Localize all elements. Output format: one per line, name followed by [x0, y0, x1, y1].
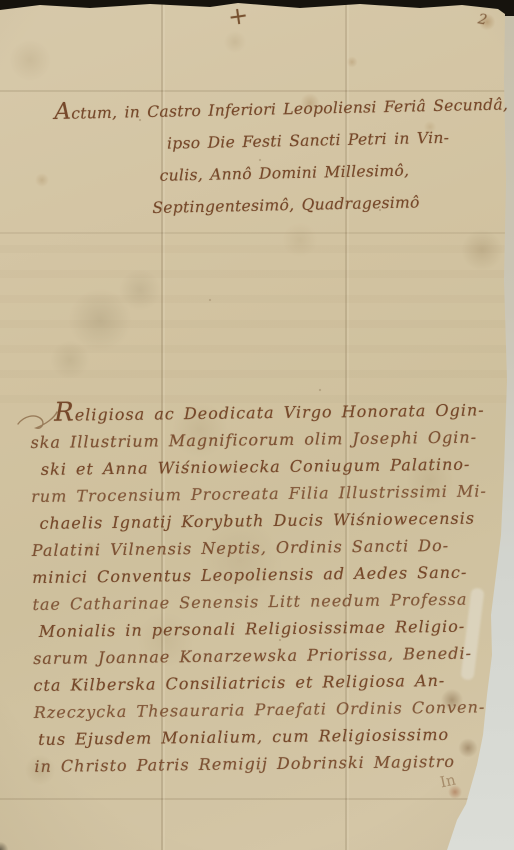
body-line: in Christo Patris Remigij Dobrinski Magi…: [34, 747, 490, 780]
body-line: tae Catharinae Senensis Litt needum Prof…: [32, 585, 488, 618]
cross-mark: +: [226, 1, 250, 32]
document-scan: + 2 Actum, in Castro Inferiori Leopolien…: [0, 0, 514, 850]
catchword: In: [438, 771, 457, 792]
body-line: rum Trocensium Procreata Filia Illustris…: [31, 477, 487, 510]
body-line: Rzeczycka Thesauraria Praefati Ordinis C…: [34, 693, 490, 726]
body-block: Religiosa ac Deodicata Virgo Honorata Og…: [30, 394, 490, 780]
heading-block: Actum, in Castro Inferiori Leopoliensi F…: [54, 86, 511, 225]
ink-showthrough: [0, 228, 514, 408]
